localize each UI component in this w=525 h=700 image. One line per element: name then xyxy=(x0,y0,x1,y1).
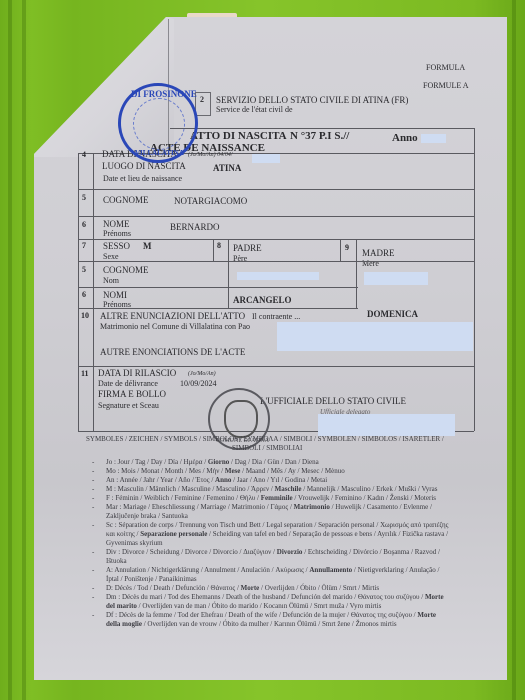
act-title: ATTO DI NASCITA xyxy=(190,131,287,142)
row-divider xyxy=(78,261,474,262)
symbol-entry: -Dm : Décès du mari / Tod des Ehemanns /… xyxy=(92,593,452,611)
field-5-label: COGNOME xyxy=(103,196,149,205)
stamp-text: DI FROSINONE xyxy=(131,90,197,99)
field-11-label: DATA DI RILASCIO xyxy=(98,369,176,378)
table-border xyxy=(78,153,79,431)
act-year-label: Anno xyxy=(392,133,418,144)
field-5b-label-fr: Nom xyxy=(103,277,119,285)
cell-divider xyxy=(228,261,229,308)
row-divider xyxy=(78,308,358,309)
sex-value: M xyxy=(143,242,152,251)
field-4-label-2: LUOGO DI NASCITA xyxy=(102,162,186,171)
row-divider xyxy=(78,366,474,367)
field-10-label: ALTRE ENUNCIAZIONI DELL'ATTO xyxy=(100,312,245,321)
father-name-value: ARCANGELO xyxy=(233,296,292,305)
redacted-mother-surname xyxy=(364,272,428,285)
stamp-subtext: VILLALATINA xyxy=(135,150,184,157)
name-value: BERNARDO xyxy=(170,223,220,232)
symbol-entry: -Jo : Jour / Tag / Day / Día / Ημέρα / G… xyxy=(92,458,452,467)
symbol-entry: -An : Année / Jahr / Year / Año / Έτος /… xyxy=(92,476,452,485)
symbol-entry: -Mar : Mariage / Eheschliessung / Marria… xyxy=(92,503,452,521)
field-4-hint: (Jo/Mo/An) 04/04/ xyxy=(188,152,233,158)
mother-name-value: DOMENICA xyxy=(367,310,418,319)
background-stripe xyxy=(8,0,12,700)
field-10-line2: Matrimonio nel Comune di Villalatina con… xyxy=(100,323,250,331)
redacted-birthdate xyxy=(252,154,280,163)
formula-a-label: FORMULE A xyxy=(423,82,469,90)
field-7-label: SESSO xyxy=(103,242,130,251)
symbol-entry: -D: Décès / Tod / Death / Defunción / Θά… xyxy=(92,584,452,593)
signature-label-fr: Segnature et Sceau xyxy=(98,402,159,410)
field-5b-label: COGNOME xyxy=(103,266,149,275)
field-10-partial: Il contraente ... xyxy=(252,313,300,321)
field-6-label: NOME xyxy=(103,220,130,229)
formula-label: FORMULA xyxy=(426,64,465,72)
act-number: N °37 P.I S.// xyxy=(290,131,349,142)
officer-title: L'UFFICIALE DELLO STATO CIVILE xyxy=(260,397,406,406)
row-divider xyxy=(78,287,358,288)
cell-divider xyxy=(356,239,357,261)
row-divider xyxy=(78,216,474,217)
box-2-number: 2 xyxy=(200,96,204,104)
symbol-entry: -Mo : Mois / Monat / Month / Mes / Μήν /… xyxy=(92,467,452,476)
surname-value: NOTARGIACOMO xyxy=(174,197,247,206)
field-5b-number: 5 xyxy=(82,266,86,274)
service-title: SERVIZIO DELLO STATO CIVILE DI ATINA (FR… xyxy=(216,96,408,105)
symbol-entry: -A: Annulation / Nichtigerklärung / Annu… xyxy=(92,566,452,584)
symbols-header: SYMBOLES / ZEICHEN / SYMBOLS / SIMBOLOS … xyxy=(86,436,444,443)
service-subtitle: Service de l'état civil de xyxy=(216,106,293,114)
redacted-officer-name xyxy=(318,414,455,436)
birthplace-value: ATINA xyxy=(213,164,241,173)
signature-label: FIRMA E BOLLO xyxy=(98,390,166,399)
table-border xyxy=(474,128,475,431)
stamp-emblem-icon xyxy=(133,98,185,150)
redacted-spouse xyxy=(277,322,473,351)
field-9-label: MADRE xyxy=(362,249,395,258)
field-8-label: PADRE xyxy=(233,244,262,253)
field-9-number: 9 xyxy=(345,244,349,252)
cell-divider xyxy=(340,239,341,261)
field-11-hint: (Jo/Mo/An) xyxy=(188,371,216,377)
redacted-year xyxy=(421,134,446,143)
symbol-entry: -Div : Divorce / Scheidung / Divorce / D… xyxy=(92,548,452,566)
field-6-label-fr: Prénoms xyxy=(103,230,131,238)
field-6b-label: NOMI xyxy=(103,291,127,300)
field-7-number: 7 xyxy=(82,242,86,250)
row-divider xyxy=(78,239,474,240)
symbols-list: -Jo : Jour / Tag / Day / Día / Ημέρα / G… xyxy=(92,458,452,629)
cell-divider xyxy=(228,239,229,261)
divider xyxy=(170,128,474,129)
cell-divider xyxy=(356,261,357,308)
field-4-label-fr: Date et lieu de naissance xyxy=(103,175,182,183)
field-11-label-fr: Date de délivrance xyxy=(98,380,158,388)
background-stripe xyxy=(512,0,516,700)
field-6b-number: 6 xyxy=(82,291,86,299)
release-date-value: 10/09/2024 xyxy=(180,380,216,388)
cell-divider xyxy=(213,239,214,261)
symbol-entry: -Df : Décès de la femme / Tod der Ehefra… xyxy=(92,611,452,629)
background-stripe xyxy=(22,0,26,700)
row-divider xyxy=(78,189,474,190)
redacted-father-surname xyxy=(237,272,319,280)
symbol-entry: -M : Masculin / Männlich / Masculine / M… xyxy=(92,485,452,494)
field-5-number: 5 xyxy=(82,194,86,202)
field-8-number: 8 xyxy=(217,242,221,250)
field-7-label-fr: Sexe xyxy=(103,253,119,261)
table-border xyxy=(93,153,94,431)
symbol-entry: -Sc : Séparation de corps / Trennung von… xyxy=(92,521,452,548)
stamp-emblem-icon xyxy=(224,400,258,438)
symbols-header-2: SIMBOLI / SIMBOLIAI xyxy=(232,445,302,452)
field-11-number: 11 xyxy=(81,370,89,378)
symbol-entry: -F : Féminin / Weiblich / Feminine / Fem… xyxy=(92,494,452,503)
field-6-number: 6 xyxy=(82,221,86,229)
field-4-number: 4 xyxy=(82,151,86,159)
field-10-number: 10 xyxy=(81,312,89,320)
field-10-label-fr: AUTRE ENONCIATIONS DE L'ACTE xyxy=(100,348,245,357)
frosinone-stamp: DI FROSINONE VILLALATINA xyxy=(118,83,198,163)
